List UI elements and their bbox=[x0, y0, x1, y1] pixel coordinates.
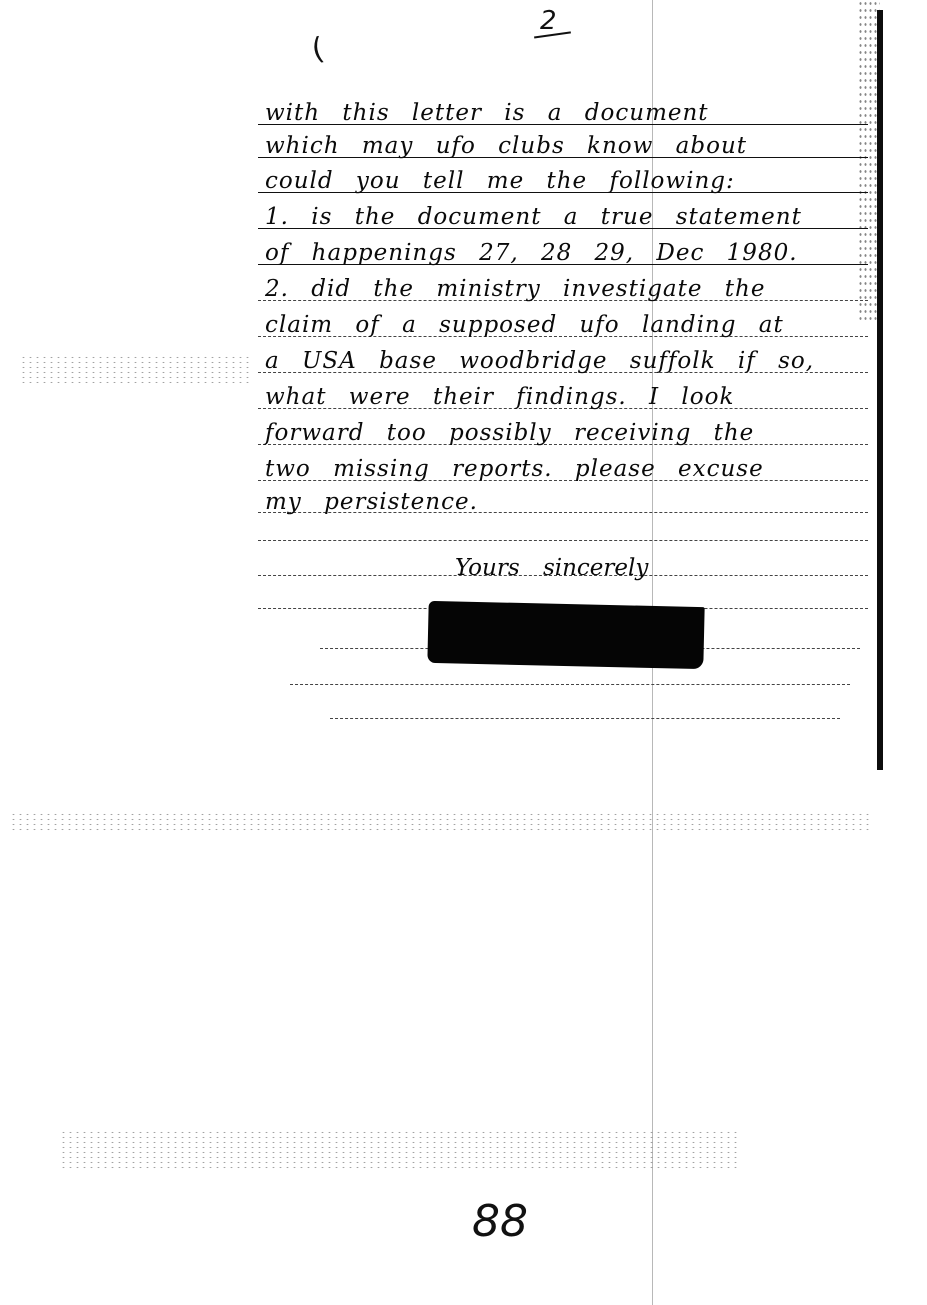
page-number-bottom: 88 bbox=[472, 1196, 528, 1247]
letter-line: claim of a supposed ufo landing at bbox=[265, 312, 855, 338]
bracket-mark: ( bbox=[309, 31, 327, 68]
letter-line: with this letter is a document bbox=[265, 100, 855, 126]
scan-noise-left bbox=[20, 355, 250, 383]
letter-line: what were their findings. I look bbox=[265, 384, 855, 410]
letter-line: could you tell me the following: bbox=[265, 168, 855, 194]
letter-line: 2. did the ministry investigate the bbox=[265, 276, 855, 302]
letter-line: a USA base woodbridge suffolk if so, bbox=[265, 348, 855, 374]
page-marker-top: 2 bbox=[540, 6, 557, 36]
letter-line: my persistence. bbox=[265, 489, 855, 515]
margin-bar bbox=[877, 10, 883, 770]
ruled-line bbox=[290, 684, 850, 685]
letter-line: 1. is the document a true statement bbox=[265, 204, 855, 230]
redacted-signature bbox=[427, 601, 704, 669]
ruled-line bbox=[258, 540, 868, 541]
scan-noise-band bbox=[10, 812, 870, 832]
letter-line: which may ufo clubs know about bbox=[265, 133, 855, 159]
letter-line: forward too possibly receiving the bbox=[265, 420, 855, 446]
scan-noise-band-bottom bbox=[60, 1130, 740, 1170]
scanned-letter-page: 2 ( with this letter is a document which… bbox=[0, 0, 927, 1305]
letter-line: of happenings 27, 28 29, Dec 1980. bbox=[265, 240, 855, 266]
closing-salutation: Yours sincerely bbox=[455, 555, 648, 581]
letter-line: two missing reports. please excuse bbox=[265, 456, 855, 482]
ruled-line bbox=[330, 718, 840, 719]
